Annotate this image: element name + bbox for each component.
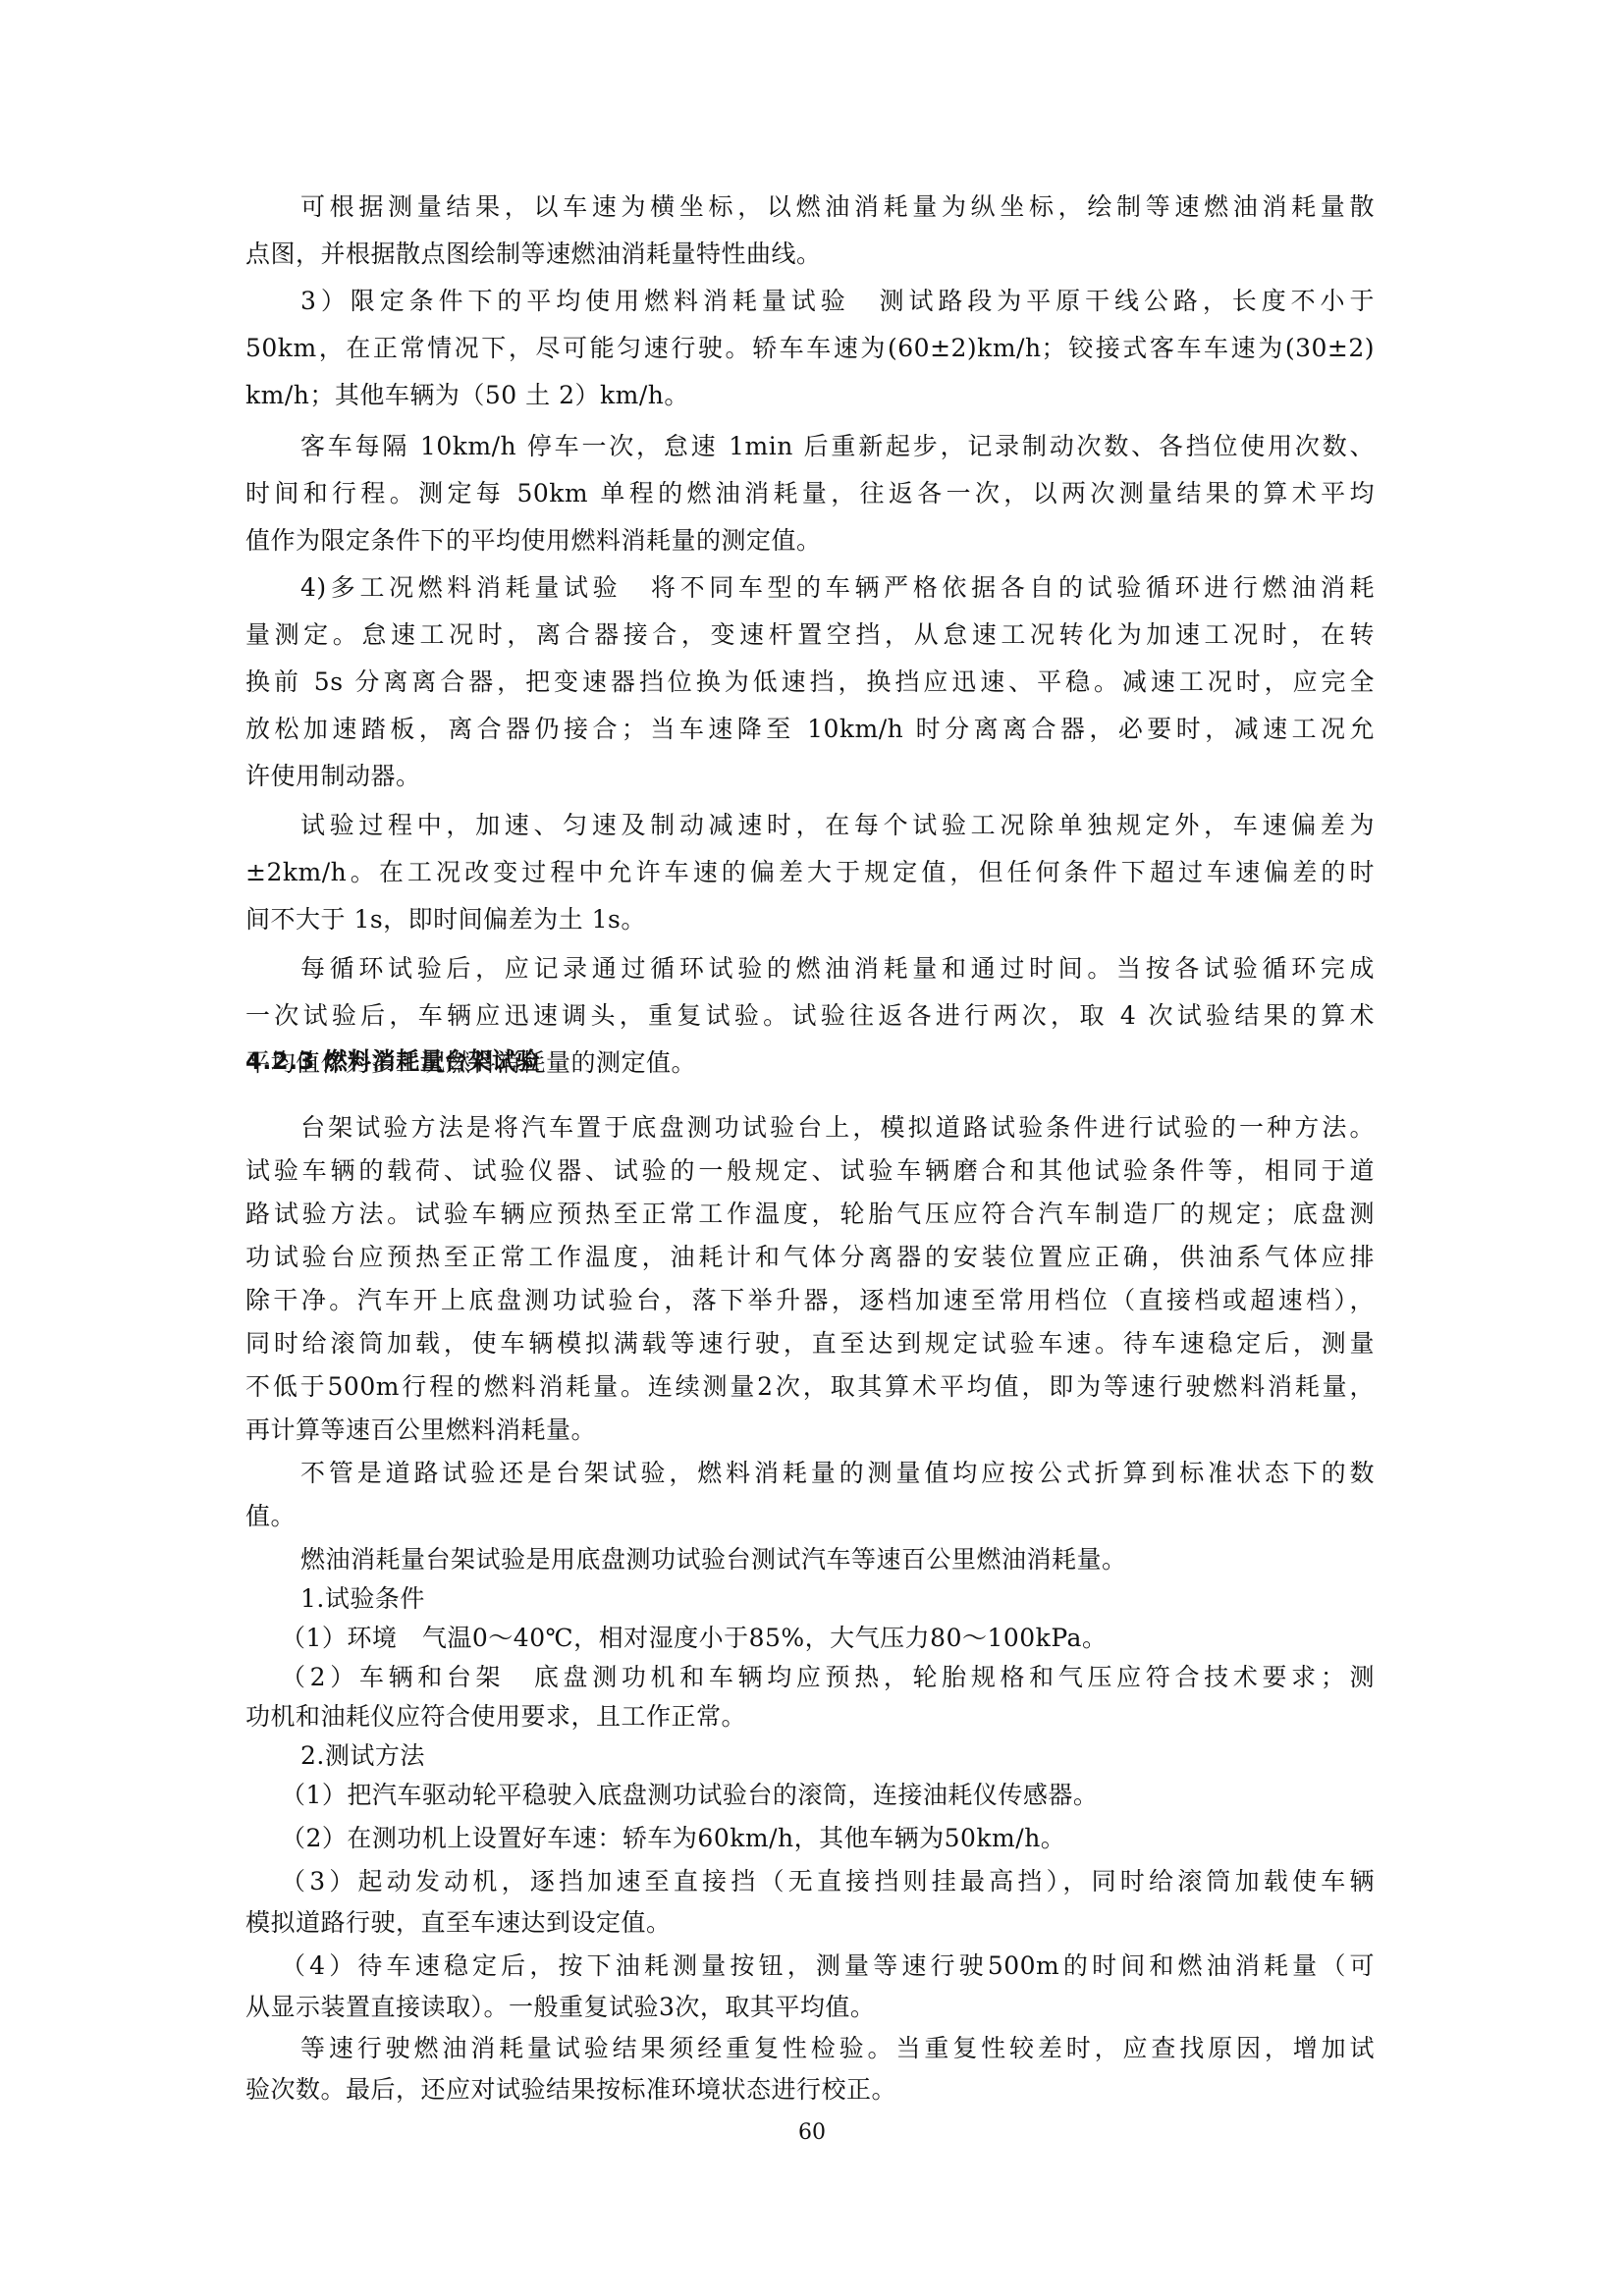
paragraph-line: 放松加速踏板，离合器仍接合；当车速降至 10km/h 时分离离合器，必要时，减速… [245, 717, 1375, 742]
paragraph-line: 燃油消耗量台架试验是用底盘测功试验台测试汽车等速百公里燃油消耗量。 [300, 1547, 1127, 1573]
paragraph-line: 点图，并根据散点图绘制等速燃油消耗量特性曲线。 [245, 241, 822, 267]
paragraph-line: 值作为限定条件下的平均使用燃料消耗量的测定值。 [245, 528, 822, 554]
paragraph-line: 一次试验后，车辆应迅速调头，重复试验。试验往返各进行两次，取 4 次试验结果的算… [245, 1003, 1375, 1029]
paragraph-line: 试验车辆的载荷、试验仪器、试验的一般规定、试验车辆磨合和其他试验条件等，相同于道 [245, 1158, 1375, 1184]
paragraph-line: 不低于500m行程的燃料消耗量。连续测量2次，取其算术平均值，即为等速行驶燃料消… [245, 1374, 1375, 1400]
subsection-label: 2.测试方法 [300, 1743, 425, 1769]
paragraph-line: 时间和行程。测定每 50km 单程的燃油消耗量，往返各一次，以两次测量结果的算术… [245, 481, 1375, 507]
paragraph-line: 每循环试验后，应记录通过循环试验的燃油消耗量和通过时间。当按各试验循环完成 [300, 956, 1375, 982]
list-item: （4）待车速稳定后，按下油耗测量按钮，测量等速行驶500m的时间和燃油消耗量（可 [281, 1953, 1375, 1979]
page-number: 60 [0, 2120, 1624, 2145]
paragraph-line: 值。 [245, 1504, 296, 1529]
list-item: 从显示装置直接读取）。一般重复试验3次，取其平均值。 [245, 1995, 875, 2020]
paragraph-line: 路试验方法。试验车辆应预热至正常工作温度，轮胎气压应符合汽车制造厂的规定；底盘测 [245, 1201, 1375, 1227]
list-item: （2）在测功机上设置好车速：轿车为60km/h，其他车辆为50km/h。 [281, 1826, 1065, 1851]
subsection-label: 1.试验条件 [300, 1586, 425, 1612]
paragraph-line: 试验过程中，加速、匀速及制动减速时，在每个试验工况除单独规定外，车速偏差为 [300, 813, 1375, 838]
paragraph-line: 间不大于 1s，即时间偏差为土 1s。 [245, 907, 646, 933]
paragraph-line: 50km，在正常情况下，尽可能匀速行驶。轿车车速为(60±2)km/h；铰接式客… [245, 336, 1375, 361]
paragraph-line: 许使用制动器。 [245, 764, 421, 789]
section-heading: 4.2.3 燃料消耗量台架试验 [245, 1048, 540, 1074]
paragraph-line: 同时给滚筒加载，使车辆模拟满载等速行驶，直至达到规定试验车速。待车速稳定后，测量 [245, 1331, 1375, 1357]
list-item: 模拟道路行驶，直至车速达到设定值。 [245, 1910, 672, 1936]
paragraph-line: 功试验台应预热至正常工作温度，油耗计和气体分离器的安装位置应正确，供油系气体应排 [245, 1245, 1375, 1270]
list-item: （2）车辆和台架 底盘测功机和车辆均应预热，轮胎规格和气压应符合技术要求；测 [281, 1665, 1375, 1690]
paragraph-line: 验次数。最后，还应对试验结果按标准环境状态进行校正。 [245, 2077, 896, 2103]
paragraph-line: km/h；其他车辆为（50 土 2）km/h。 [245, 383, 689, 408]
paragraph-line: 除干净。汽车开上底盘测功试验台，落下举升器，逐档加速至常用档位（直接档或超速档）… [245, 1288, 1375, 1313]
paragraph-line: 4)多工况燃料消耗量试验 将不同车型的车辆严格依据各自的试验循环进行燃油消耗 [300, 575, 1375, 601]
paragraph-line: 不管是道路试验还是台架试验，燃料消耗量的测量值均应按公式折算到标准状态下的数 [300, 1461, 1375, 1486]
paragraph-line: 再计算等速百公里燃料消耗量。 [245, 1417, 596, 1443]
list-item: 功机和油耗仪应符合使用要求，且工作正常。 [245, 1704, 746, 1730]
paragraph-line: 可根据测量结果，以车速为横坐标，以燃油消耗量为纵坐标，绘制等速燃油消耗量散 [300, 194, 1375, 220]
paragraph-line: 等速行驶燃油消耗量试验结果须经重复性检验。当重复性较差时，应查找原因，增加试 [300, 2036, 1375, 2061]
paragraph-line: 台架试验方法是将汽车置于底盘测功试验台上，模拟道路试验条件进行试验的一种方法。 [300, 1115, 1375, 1141]
paragraph-line: 量测定。怠速工况时，离合器接合，变速杆置空挡，从怠速工况转化为加速工况时，在转 [245, 622, 1375, 648]
list-item: （3）起动发动机，逐挡加速至直接挡（无直接挡则挂最高挡），同时给滚筒加载使车辆 [281, 1869, 1375, 1895]
paragraph-line: ±2km/h。在工况改变过程中允许车速的偏差大于规定值，但任何条件下超过车速偏差… [245, 860, 1375, 885]
paragraph-line: 3）限定条件下的平均使用燃料消耗量试验 测试路段为平原干线公路，长度不小于 [300, 289, 1375, 314]
list-item: （1）环境 气温0～40℃，相对湿度小于85%，大气压力80～100kPa。 [281, 1626, 1107, 1651]
paragraph-line: 换前 5s 分离离合器，把变速器挡位换为低速挡，换挡应迅速、平稳。减速工况时，应… [245, 669, 1375, 695]
list-item: （1）把汽车驱动轮平稳驶入底盘测功试验台的滚筒，连接油耗仪传感器。 [281, 1783, 1098, 1808]
paragraph-line: 客车每隔 10km/h 停车一次，怠速 1min 后重新起步，记录制动次数、各挡… [300, 434, 1375, 459]
